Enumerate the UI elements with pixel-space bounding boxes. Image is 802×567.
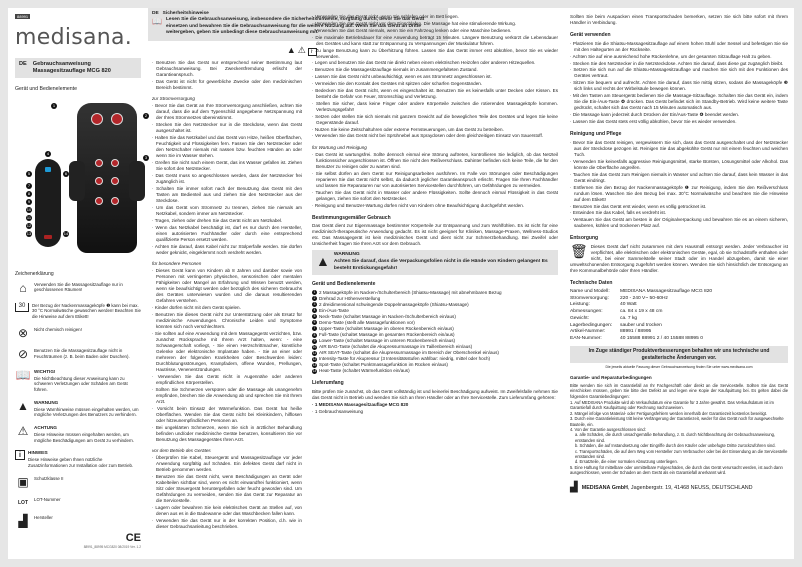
list-item: a. alle Schäden, die durch unsachgemäße … xyxy=(570,432,788,443)
legend-text: WARNUNGDiese Warnhinweise müssen eingeha… xyxy=(34,400,141,418)
callout-12: 12 xyxy=(26,223,32,229)
list-item: Halten Sie das Netzkabel und das Gerät v… xyxy=(152,135,302,159)
list-item: Verwenden Sie keinesfalls aggressive Rei… xyxy=(570,159,788,171)
tech-key: Gewicht: xyxy=(570,316,620,323)
list-item: Verwenden Sie das Gerät nur in der korre… xyxy=(152,518,302,530)
number-badge: 10 xyxy=(312,345,317,350)
callout-11: 11 xyxy=(26,215,32,221)
section-heading: Reinigung und Pflege xyxy=(570,131,788,138)
legend-text: Schutzklasse II xyxy=(34,476,64,482)
cover-column: 88991 medisana. DE Gebrauchsanweisung Ma… xyxy=(8,8,148,559)
number-badge: 5 xyxy=(312,314,317,319)
list-item: Überprüfen Sie Kabel, Steuergerät und Ma… xyxy=(152,455,302,473)
list-item: Benutzen Sie das Gerät nicht, wenn Besch… xyxy=(152,474,302,504)
list-item: Benutzen Sie das Gerät nur entsprechend … xyxy=(152,60,302,78)
number-badge: 8 xyxy=(312,333,317,338)
caution-icon: ⚠ xyxy=(15,425,31,439)
number-badge: 2 xyxy=(312,296,317,301)
no-chemical-clean-icon: ⊗ xyxy=(15,327,31,341)
list-item: Stellen Sie sicher, dass keine Finger od… xyxy=(312,101,558,113)
number-badge: 12 xyxy=(312,357,317,362)
list-item: Verwenden Sie das Gerät nicht vor dem Ei… xyxy=(312,21,558,27)
list-item: Benutzen Sie das Gerät erst wieder, wenn… xyxy=(570,204,788,210)
improvement-notice: Im Zuge ständiger Produktverbesserungen … xyxy=(570,346,788,363)
tech-value: 40 15588 88991 2 / 40 15588 88995 0 xyxy=(620,336,788,343)
list-item: Bei ungeklärten Schmerzen, wenn Sie sich… xyxy=(152,425,302,443)
list-item: Benutzen Sie die Massagesitzauflage niem… xyxy=(312,67,558,73)
legend-text: Der Bezug der Nackenmassageköpfe ❶ kann … xyxy=(32,303,141,321)
book-icon: 📖 xyxy=(15,369,31,383)
language-code: DE xyxy=(19,61,27,75)
massage-node-icon xyxy=(95,177,103,185)
tech-key: EAN-Nummer: xyxy=(570,336,620,343)
warning-filled-icon: ▲ xyxy=(15,400,31,414)
legend-text: Nicht chemisch reinigen! xyxy=(34,327,82,333)
callout-1: 1 xyxy=(51,103,57,109)
massage-node-icon xyxy=(111,159,119,167)
disposal-body: Dieses Gerät darf nicht zusammen mit dem… xyxy=(570,244,788,273)
brand-logo: medisana. xyxy=(15,23,141,52)
legend-item: 30 Der Bezug der Nackenmassageköpfe ❶ ka… xyxy=(15,303,141,321)
list-item: Entfernen Sie den Bezug der Nackenmassag… xyxy=(570,185,788,203)
list-item: Verwenden Sie das Gerät nicht in Augennä… xyxy=(152,374,302,386)
disposal-text: 🗑Dieses Gerät darf nicht zusammen mit de… xyxy=(570,244,788,274)
callout-7: 7 xyxy=(26,183,32,189)
list-item: Verwenden Sie das Gerät nicht, wenn Sie … xyxy=(312,14,558,20)
title-line-2: Massagesitzauflage MCG 820 xyxy=(33,68,111,75)
number-badge: 1 xyxy=(312,290,317,295)
list-item: Reinigung und Benutzer-Wartung dürfen ni… xyxy=(312,203,558,209)
legend-item: 📖 WICHTIG!Die Nichtbeachtung dieser Anwe… xyxy=(15,369,141,393)
number-badge: 11 xyxy=(312,351,317,356)
list-item: Entwinden Sie das Kabel, falls es verdre… xyxy=(570,210,788,216)
lot-icon: LOT xyxy=(15,497,31,511)
list-item: Sie sollten auf eine Anwendung mit dem M… xyxy=(152,331,302,373)
tech-data-table: Name und Modell:MEDISANA Massagesitzaufl… xyxy=(570,289,788,343)
list-item: Verstauen Sie das Gerät am besten in der… xyxy=(570,217,788,229)
company-footer: ▟ MEDISANA GmbH, Jagenbergstr. 19, 41468… xyxy=(570,481,788,494)
company-address: , Jagenbergstr. 19, 41468 NEUSS, DEUTSCH… xyxy=(628,485,753,491)
list-item: Das Gerät ist nicht für gewerbliche Zwec… xyxy=(152,79,302,91)
list-item: 5. Eine Haftung für mittelbare oder unmi… xyxy=(570,465,788,476)
section-heading: Gerät verwenden xyxy=(570,32,788,39)
list-item: Sie selbst dürfen an dem Gerät nur Reini… xyxy=(312,171,558,189)
list-item: Lassen Sie das Gerät nicht unbeaufsichti… xyxy=(312,74,558,80)
list-item: Die Massage kann jederzeit durch Drücken… xyxy=(570,112,788,118)
list-item: Achten Sie darauf, dass Kabel nicht zur … xyxy=(152,244,302,256)
legend-title: HINWEIS xyxy=(28,450,48,455)
legend-item: ▲ WARNUNGDiese Warnhinweise müssen einge… xyxy=(15,400,141,418)
legend-body: Die Nichtbeachtung dieser Anweisung kann… xyxy=(34,376,128,393)
legend-body: Diese Hinweise geben Ihnen nützliche Zus… xyxy=(28,457,133,468)
legend-text: Benutzen Sie die Massagesitzauflage nich… xyxy=(34,348,141,360)
callout-10: 10 xyxy=(26,207,32,213)
list-item: Bevor Sie das Gerät an Ihre Stromversorg… xyxy=(152,103,302,121)
list-item: 1 MEDISANA Massagesitzauflage MCG 820 xyxy=(312,402,558,408)
section-heading: zur Stromversorgung xyxy=(152,96,302,102)
list-item: Platzieren Sie die Shiatsu-Massagesitzau… xyxy=(570,41,788,53)
manual-title: DE Gebrauchsanweisung Massagesitzauflage… xyxy=(15,58,141,78)
legend-text: Verwenden Sie die Massagesitzauflage nur… xyxy=(34,282,141,294)
massage-node-icon xyxy=(95,159,103,167)
part-text: Heat-Taste (schaltet Wärmefunktion ein/a… xyxy=(319,368,410,374)
use-device-list: Platzieren Sie die Shiatsu-Massagesitzau… xyxy=(570,41,788,125)
list-item: Lassen Sie das Gerät stets erst völlig a… xyxy=(570,119,788,125)
list-item: Mit den Tasten am Steuergerät bedienen S… xyxy=(570,93,788,111)
manufacturer-icon: ▟ xyxy=(570,481,578,494)
list-item: Lagern oder bewahren Sie kein elektrisch… xyxy=(152,505,302,517)
intended-use-text: Das Gerät dient zur Eigenmassage bestimm… xyxy=(312,223,558,247)
warranty-list: 1. Auf MEDISANA Produkte wird ab Verkauf… xyxy=(570,400,788,475)
weee-bin-icon: 🗑 xyxy=(570,244,588,258)
number-badge: 6 xyxy=(312,320,317,325)
list-item: Das Gerät ist wartungsfrei. Sollte denno… xyxy=(312,152,558,170)
legend-item: ▟ Hersteller xyxy=(15,515,141,529)
number-badge: 9 xyxy=(312,339,317,344)
section-heading: für Wartung und Reinigung xyxy=(312,145,558,151)
list-item: Tauchen Sie das Gerät nicht in Wasser od… xyxy=(312,190,558,202)
legend-item: LOT LOT-Nummer xyxy=(15,497,141,511)
list-item: Wenn das Netzkabel beschädigt ist, darf … xyxy=(152,225,302,243)
list-item: Bevor Sie das Gerät reinigen, vergewisse… xyxy=(570,140,788,158)
wash-30-icon: 30 xyxy=(15,303,29,312)
list-item: Sitzen Sie bequem und aufrecht. Achten S… xyxy=(570,80,788,92)
info-icon: i xyxy=(15,450,25,460)
callout-13: 13 xyxy=(26,231,32,237)
legend-text: LOT-Nummer xyxy=(34,497,61,503)
house-icon: ⌂ xyxy=(15,282,31,296)
power-button-icon xyxy=(45,167,51,172)
massage-node-icon xyxy=(111,197,119,205)
callout-4: 4 xyxy=(45,151,51,157)
manual-page: 88991 medisana. DE Gebrauchsanweisung Ma… xyxy=(8,8,794,559)
maintenance-list: Das Gerät ist wartungsfrei. Sollte denno… xyxy=(312,152,558,209)
section-heading: Technische Daten xyxy=(570,280,788,287)
legend-item: ⊗ Nicht chemisch reinigen! xyxy=(15,327,141,341)
legend-title: WICHTIG! xyxy=(34,369,55,374)
tech-value: 220 - 240 V~ 50-60Hz xyxy=(620,296,788,303)
legend-body: Diese Warnhinweise müssen eingehalten we… xyxy=(34,407,139,418)
power-list: Bevor Sie das Gerät an Ihre Stromversorg… xyxy=(152,103,302,256)
no-bathroom-icon: ⊘ xyxy=(15,348,31,362)
heat-button-icon xyxy=(44,235,52,239)
warning-text: Achten Sie darauf, dass die Verpackungsf… xyxy=(334,259,554,273)
massage-seat-image xyxy=(77,103,137,253)
list-item: Bedecken Sie das Gerät nicht, wenn es ei… xyxy=(312,88,558,100)
device-illustration: 1 2 3 4 5 6 7 8 9 10 11 12 13 14 xyxy=(15,97,141,265)
book-icon: 📖 xyxy=(152,17,162,36)
massage-node-icon xyxy=(95,197,103,205)
number-badge: 14 xyxy=(312,369,317,374)
list-item: Die maximale Betriebsdauer für eine Anwe… xyxy=(312,35,558,47)
list-item: Achten Sie auf eine ausreichend hohe Rüc… xyxy=(570,54,788,60)
company-name: MEDISANA GmbH xyxy=(582,485,628,491)
remote-control-image xyxy=(35,159,61,247)
tech-value: ca. 7 kg xyxy=(620,316,788,323)
safety-column: DE Sicherheitshinweise 📖 Lesen Sie die G… xyxy=(148,8,306,559)
tech-key: Abmessungen: xyxy=(570,309,620,316)
section-heading: vor dem Betrieb des Gerätes xyxy=(152,448,302,454)
legend-item: ⊘ Benutzen Sie die Massagesitzauflage ni… xyxy=(15,348,141,362)
legend-text: WICHTIG!Die Nichtbeachtung dieser Anweis… xyxy=(34,369,141,393)
side-bolster xyxy=(69,161,85,201)
list-item: Um das Gerät vom Stromnetz zu trennen, z… xyxy=(152,205,302,217)
list-item: Setzen Sie sich nun auf die Shiatsu-Mass… xyxy=(570,67,788,79)
side-bolster xyxy=(129,161,145,201)
warranty-intro: Bitte wenden Sie sich im Garantiefall an… xyxy=(570,383,788,399)
list-item: Stecken Sie den Netzstecker in die Netzs… xyxy=(570,61,788,67)
section-heading: Bestimmungsgemäßer Gebrauch xyxy=(312,215,558,222)
list-item: b. Schäden, die auf Instandsetzung oder … xyxy=(570,443,788,448)
website-note: Die jeweils aktuelle Fassung dieser Gebr… xyxy=(570,365,788,370)
callout-5: 5 xyxy=(26,171,32,177)
warning-filled-icon: ▲ xyxy=(316,252,330,273)
delivery-text: Bitte prüfen Sie zunächst, ob das Gerät … xyxy=(312,389,558,401)
legend-title: WARNUNG xyxy=(34,400,58,405)
list-item: Setzen oder stellen Sie sich niemals mit… xyxy=(312,114,558,126)
list-item: Nutzen Sie keine Zeitschaltuhren oder ex… xyxy=(312,127,558,133)
legend-item: ⌂ Verwenden Sie die Massagesitzauflage n… xyxy=(15,282,141,296)
general-list: Benutzen Sie das Gerät nur entsprechend … xyxy=(152,60,302,91)
massage-head-icon xyxy=(111,113,123,125)
list-item: Tauchen Sie das Gerät zum Reinigen niema… xyxy=(570,172,788,184)
usage-column: Verwenden Sie das Gerät nicht, wenn Sie … xyxy=(306,8,564,559)
list-item: Sollten Sie Schmerzen verspüren oder die… xyxy=(152,387,302,405)
protection-class-icon: ▣ xyxy=(15,476,31,490)
callout-8: 8 xyxy=(26,191,32,197)
list-item: Schalten Sie immer sofort nach der Benut… xyxy=(152,186,302,204)
list-item: Dieses Gerät kann von Kindern ab 8 Jahre… xyxy=(152,268,302,304)
list-item: Legen und benutzen Sie das Gerät nie dir… xyxy=(312,60,558,66)
list-item: Vermeiden Sie den Kontakt des Gerätes mi… xyxy=(312,81,558,87)
section-heading: für besondere Personen xyxy=(152,261,302,267)
legend-item: i HINWEISDiese Hinweise geben Ihnen nütz… xyxy=(15,450,141,468)
list-item: Verwenden Sie das Gerät nicht bei Sprühn… xyxy=(312,133,558,139)
care-column: Sollten Sie beim Auspacken einen Transpo… xyxy=(564,8,794,559)
persons-list: Dieses Gerät kann von Kindern ab 8 Jahre… xyxy=(152,268,302,443)
tech-value: MEDISANA Massagesitzauflage MCG 820 xyxy=(620,289,788,296)
tech-value: ca. 84 x 19 x 48 cm xyxy=(620,309,788,316)
version-label: 88991_88995 MCG820 08/2019 Ver. 1.2 xyxy=(15,545,141,549)
list-item: Zu lange Benutzung kann zu Überhitzung f… xyxy=(312,48,558,60)
list-item: 3. Durch eine Garantieleistung tritt kei… xyxy=(570,416,788,427)
section-heading: Garantie- und Reparaturbedingungen xyxy=(570,375,788,381)
legend-body: Diese Hinweise müssen eingehalten werden… xyxy=(34,432,134,443)
warning-box: ▲ WARNUNG Achten Sie darauf, dass die Ve… xyxy=(312,250,558,275)
tech-key: Name und Modell: xyxy=(570,289,620,296)
use-list: Verwenden Sie das Gerät nicht, wenn Sie … xyxy=(312,14,558,140)
manufacturer-icon: ▟ xyxy=(15,515,31,529)
list-item: Benutzen Sie dieses Gerät nicht zur Unte… xyxy=(152,312,302,330)
list-item: Verwenden Sie das Gerät niemals, wenn Si… xyxy=(312,28,558,34)
number-badge: 3 xyxy=(312,302,317,307)
number-badge: 7 xyxy=(312,326,317,331)
warning-filled-icon: ▲ xyxy=(287,45,298,55)
callout-9: 9 xyxy=(26,199,32,205)
transport-text: Sollten Sie beim Auspacken einen Transpo… xyxy=(570,14,788,26)
callout-6: 6 xyxy=(63,171,69,177)
parts-list: 12 Massageköpfe im Nacken-/Schulterberei… xyxy=(312,290,558,375)
list-item: Stecken Sie den Netzstecker nur in die S… xyxy=(152,122,302,134)
list-item: 1 Gebrauchsanweisung xyxy=(312,409,558,415)
callout-14: 14 xyxy=(63,231,69,237)
cleaning-list: Bevor Sie das Gerät reinigen, vergewisse… xyxy=(570,140,788,230)
title-line-1: Gebrauchsanweisung xyxy=(33,61,111,68)
massage-node-icon xyxy=(111,177,119,185)
legend-heading: Zeichenerklärung xyxy=(15,271,141,278)
list-item: Vorsicht beim Einsatz der Wärmefunktion.… xyxy=(152,406,302,424)
section-heading: Gerät und Bedienelemente xyxy=(312,281,558,288)
list-item: Greifen Sie nicht nach einem Gerät, das … xyxy=(152,160,302,172)
legend-text: HINWEISDiese Hinweise geben Ihnen nützli… xyxy=(28,450,141,468)
list-item: Kinder dürfen nicht mit dem Gerät spiele… xyxy=(152,305,302,311)
legend-text: Hersteller xyxy=(34,515,53,521)
list-item: 1. Auf MEDISANA Produkte wird ab Verkauf… xyxy=(570,400,788,411)
operation-list: Überprüfen Sie Kabel, Steuergerät und Ma… xyxy=(152,455,302,530)
number-badge: 13 xyxy=(312,363,317,368)
number-badge: 4 xyxy=(312,308,317,313)
section-heading: Lieferumfang xyxy=(312,380,558,387)
legend-title: ACHTUNG xyxy=(34,425,57,430)
delivery-list: 1 MEDISANA Massagesitzauflage MCG 820 1 … xyxy=(312,402,558,415)
ce-mark: CE xyxy=(15,531,141,546)
legend-item: ⚠ ACHTUNGDiese Hinweise müssen eingehalt… xyxy=(15,425,141,443)
device-heading: Gerät und Bedienelemente xyxy=(15,86,141,93)
massage-head-icon xyxy=(91,113,103,125)
list-item: Tragen, ziehen oder drehen Sie das Gerät… xyxy=(152,218,302,224)
legend-item: ▣ Schutzklasse II xyxy=(15,476,141,490)
legend-text: ACHTUNGDiese Hinweise müssen eingehalten… xyxy=(34,425,141,443)
part-item: 14Heat-Taste (schaltet Wärmefunktion ein… xyxy=(312,368,558,374)
list-item: c. Transportschäden, die auf dem Weg vom… xyxy=(570,449,788,460)
article-tag: 88991 xyxy=(15,14,30,19)
list-item: Das Gerät muss so angeschlossen werden, … xyxy=(152,173,302,185)
section-heading: Entsorgung xyxy=(570,235,788,242)
